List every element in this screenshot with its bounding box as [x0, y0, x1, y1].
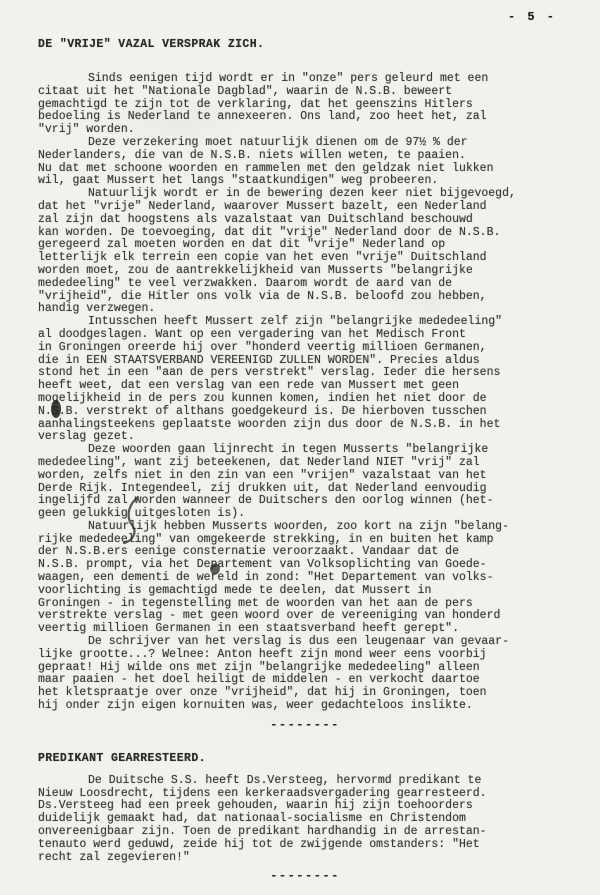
article-title: DE "VRIJE" VAZAL VERSPRAK ZICH. — [38, 38, 572, 51]
paragraph: Deze woorden gaan lijnrecht in tegen Mus… — [38, 444, 572, 521]
paragraph: Intusschen heeft Mussert zelf zijn "bela… — [38, 316, 572, 444]
section-divider: -------- — [38, 718, 572, 732]
paragraph: Natuurlijk wordt er in de bewering dezen… — [38, 188, 572, 316]
paragraph: Natuurlijk hebben Musserts woorden, zoo … — [38, 521, 572, 636]
paragraph: Deze verzekering moet natuurlijk dienen … — [38, 137, 572, 188]
section-divider: -------- — [38, 869, 572, 883]
article-predikant: PREDIKANT GEARRESTEERD. De Duitsche S.S.… — [38, 752, 572, 884]
scanned-document-page: - 5 - DE "VRIJE" VAZAL VERSPRAK ZICH. Si… — [0, 0, 600, 895]
paragraph: De Duitsche S.S. heeft Ds.Versteeg, herv… — [38, 775, 572, 865]
page-content: DE "VRIJE" VAZAL VERSPRAK ZICH. Sinds ee… — [0, 0, 600, 883]
paragraph: De schrijver van het verslag is dus een … — [38, 636, 572, 713]
paragraph: Sinds eenigen tijd wordt er in "onze" pe… — [38, 73, 572, 137]
article-vrije-vazal: DE "VRIJE" VAZAL VERSPRAK ZICH. Sinds ee… — [38, 38, 572, 732]
page-number: - 5 - — [508, 10, 557, 24]
article-title: PREDIKANT GEARRESTEERD. — [38, 752, 572, 765]
